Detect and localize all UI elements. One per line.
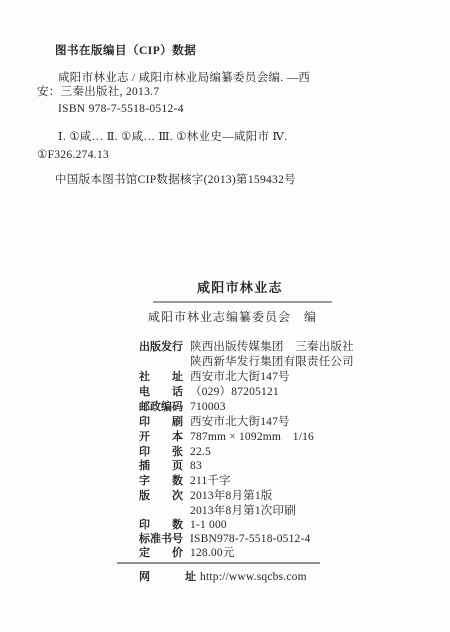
cip-entry-line-2: 安：三秦出版社, 2013.7 bbox=[37, 85, 159, 100]
row-printer-label: 印刷 bbox=[139, 415, 183, 430]
row-inserts-label: 插页 bbox=[139, 459, 183, 474]
row-address: 社址西安市北大街147号 bbox=[139, 370, 290, 385]
row-printer: 印刷西安市北大街147号 bbox=[139, 415, 290, 430]
row-publisher-label: 出版发行 bbox=[139, 340, 183, 355]
cip-record-number: 中国版本图书馆CIP数据核字(2013)第159432号 bbox=[55, 173, 296, 188]
row-address-value: 西安市北大街147号 bbox=[190, 370, 290, 385]
row-website-value: http://www.sqcbs.com bbox=[200, 570, 307, 585]
row-postcode-label: 邮政编码 bbox=[139, 400, 183, 415]
row-wordcount: 字数211千字 bbox=[139, 474, 231, 489]
row-price: 定价128.00元 bbox=[139, 546, 235, 561]
row-edition: 版次2013年8月第1版 bbox=[139, 489, 273, 504]
row-publisher-continued: 陕西新华发行集团有限责任公司 bbox=[139, 355, 354, 370]
row-website-label: 网址 bbox=[139, 570, 196, 585]
compiler-line: 咸阳市林业志编纂委员会 编 bbox=[148, 310, 317, 325]
row-wordcount-value: 211千字 bbox=[190, 474, 231, 489]
row-sheets-value: 22.5 bbox=[190, 445, 211, 460]
row-website: 网址http://www.sqcbs.com bbox=[139, 570, 307, 585]
row-phone: 电话（029）87205121 bbox=[139, 385, 279, 400]
row-edition-label: 版次 bbox=[139, 489, 183, 504]
row-sheets: 印张22.5 bbox=[139, 445, 211, 460]
row-phone-label: 电话 bbox=[139, 385, 183, 400]
row-isbn-label: 标准书号 bbox=[139, 532, 183, 547]
row-printer-value: 西安市北大街147号 bbox=[190, 415, 290, 430]
book-title: 咸阳市林业志 bbox=[197, 281, 283, 295]
row-publisher-continued-value: 陕西新华发行集团有限责任公司 bbox=[190, 355, 354, 370]
row-printing-value: 2013年8月第1次印刷 bbox=[190, 504, 296, 519]
cip-isbn-line: ISBN 978-7-5518-0512-4 bbox=[58, 102, 184, 117]
row-phone-value: （029）87205121 bbox=[190, 385, 279, 400]
row-format-value: 787mm × 1092mm 1/16 bbox=[190, 430, 314, 445]
row-edition-value: 2013年8月第1版 bbox=[190, 489, 273, 504]
row-printrun-label: 印数 bbox=[139, 518, 183, 533]
row-isbn-value: ISBN978-7-5518-0512-4 bbox=[190, 532, 310, 547]
row-publisher-value: 陕西出版传媒集团 三秦出版社 bbox=[190, 340, 354, 355]
cip-entry-line-1: 咸阳市林业志 / 咸阳市林业局编纂委员会编. —西 bbox=[58, 71, 310, 86]
cip-classification-line-2: ①F326.274.13 bbox=[37, 148, 109, 163]
row-wordcount-label: 字数 bbox=[139, 474, 183, 489]
row-postcode: 邮政编码710003 bbox=[139, 400, 226, 415]
row-inserts: 插页83 bbox=[139, 459, 202, 474]
copyright-page: 图书在版编目（CIP）数据 咸阳市林业志 / 咸阳市林业局编纂委员会编. —西 … bbox=[0, 0, 450, 632]
row-price-value: 128.00元 bbox=[190, 546, 235, 561]
row-address-label: 社址 bbox=[139, 370, 183, 385]
row-sheets-label: 印张 bbox=[139, 445, 183, 460]
title-divider-line bbox=[153, 301, 332, 303]
price-divider-line bbox=[117, 562, 320, 564]
row-postcode-value: 710003 bbox=[190, 400, 226, 415]
row-printrun-value: 1-1 000 bbox=[190, 518, 227, 533]
row-inserts-value: 83 bbox=[190, 459, 202, 474]
cip-classification-line-1: Ⅰ. ①咸… Ⅱ. ①咸… Ⅲ. ①林业史—咸阳市 Ⅳ. bbox=[58, 130, 288, 145]
row-format: 开本787mm × 1092mm 1/16 bbox=[139, 430, 314, 445]
row-printrun: 印数1-1 000 bbox=[139, 518, 227, 533]
row-publisher: 出版发行陕西出版传媒集团 三秦出版社 bbox=[139, 340, 354, 355]
cip-header: 图书在版编目（CIP）数据 bbox=[55, 42, 196, 58]
row-isbn: 标准书号ISBN978-7-5518-0512-4 bbox=[139, 532, 310, 547]
row-price-label: 定价 bbox=[139, 546, 183, 561]
row-format-label: 开本 bbox=[139, 430, 183, 445]
row-printing: 2013年8月第1次印刷 bbox=[139, 504, 296, 519]
